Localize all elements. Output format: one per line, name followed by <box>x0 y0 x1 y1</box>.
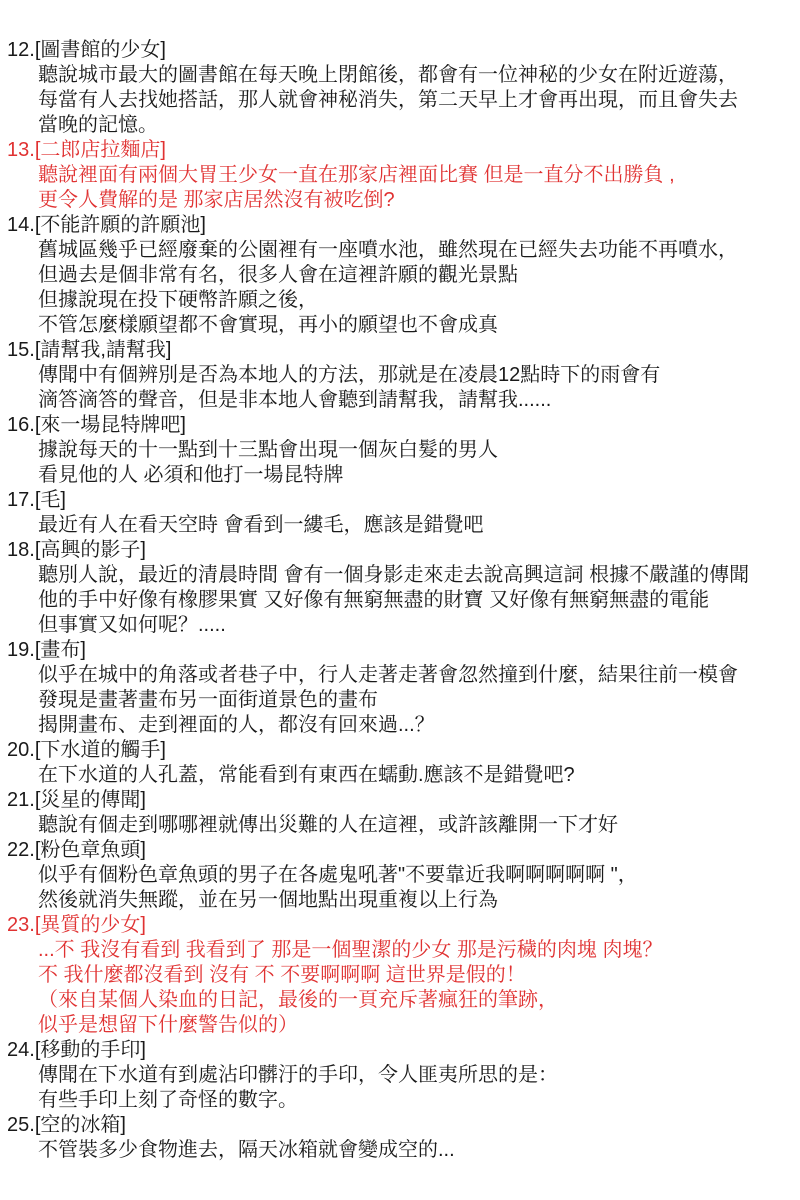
entry-line: 更令人費解的是 那家店居然沒有被吃倒? <box>38 188 792 213</box>
entry-line: 舊城區幾乎已經廢棄的公園裡有一座噴水池，雖然現在已經失去功能不再噴水， <box>38 238 792 263</box>
entry-heading: 19.[畫布] <box>7 638 792 663</box>
entry-line: 不管裝多少食物進去，隔天冰箱就會變成空的... <box>38 1138 792 1163</box>
rumor-entry: 16.[來一場昆特牌吧] 據說每天的十一點到十三點會出現一個灰白髮的男人 看見他… <box>7 413 792 488</box>
entry-number: 18. <box>7 539 35 561</box>
entry-line: 似乎有個粉色章魚頭的男子在各處鬼吼著"不要靠近我啊啊啊啊啊 "， <box>38 863 792 888</box>
entry-title: [不能許願的許願池] <box>35 214 206 236</box>
entry-title: [來一場昆特牌吧] <box>35 414 186 436</box>
entry-line: 看見他的人 必須和他打一場昆特牌 <box>38 463 792 488</box>
entry-line: 有些手印上刻了奇怪的數字。 <box>38 1088 792 1113</box>
entry-number: 13. <box>7 139 35 161</box>
entry-number: 17. <box>7 489 35 511</box>
entry-title: [移動的手印] <box>35 1039 146 1061</box>
entry-number: 22. <box>7 839 35 861</box>
rumor-entry: 20.[下水道的觸手] 在下水道的人孔蓋，常能看到有東西在蠕動.應該不是錯覺吧? <box>7 738 792 788</box>
entry-title: [空的冰箱] <box>35 1114 126 1136</box>
entry-title: [災星的傳聞] <box>35 789 146 811</box>
entry-line: 聽說裡面有兩個大胃王少女一直在那家店裡面比賽 但是一直分不出勝負 , <box>38 163 792 188</box>
entry-line: 不管怎麼樣願望都不會實現，再小的願望也不會成真 <box>38 313 792 338</box>
entry-title: [異質的少女] <box>35 914 146 936</box>
entry-number: 16. <box>7 414 35 436</box>
entry-title: [毛] <box>35 489 66 511</box>
rumor-entry: 14.[不能許願的許願池] 舊城區幾乎已經廢棄的公園裡有一座噴水池，雖然現在已經… <box>7 213 792 338</box>
entry-heading: 17.[毛] <box>7 488 792 513</box>
entry-line: 似乎在城中的角落或者巷子中，行人走著走著會忽然撞到什麼，結果往前一模會 <box>38 663 792 688</box>
entry-heading: 25.[空的冰箱] <box>7 1113 792 1138</box>
entry-line: 但據說現在投下硬幣許願之後， <box>38 288 792 313</box>
entry-line: 聽別人說，最近的清晨時間 會有一個身影走來走去說高興這詞 根據不嚴謹的傳聞 <box>38 563 792 588</box>
rumor-entry: 25.[空的冰箱] 不管裝多少食物進去，隔天冰箱就會變成空的... <box>7 1113 792 1163</box>
rumor-entry: 17.[毛] 最近有人在看天空時 會看到一縷毛，應該是錯覺吧 <box>7 488 792 538</box>
entry-number: 23. <box>7 914 35 936</box>
entry-heading: 15.[請幫我,請幫我] <box>7 338 792 363</box>
entry-title: [二郎店拉麵店] <box>35 139 166 161</box>
entry-line: 聽說城市最大的圖書館在每天晚上閉館後，都會有一位神秘的少女在附近遊蕩， <box>38 63 792 88</box>
entry-line: 但事實又如何呢？..... <box>38 613 792 638</box>
entry-heading: 16.[來一場昆特牌吧] <box>7 413 792 438</box>
rumor-list-document: 12.[圖書館的少女] 聽說城市最大的圖書館在每天晚上閉館後，都會有一位神秘的少… <box>0 0 800 1163</box>
entry-line: 然後就消失無蹤，並在另一個地點出現重複以上行為 <box>38 888 792 913</box>
entry-heading: 20.[下水道的觸手] <box>7 738 792 763</box>
entry-title: [粉色章魚頭] <box>35 839 146 861</box>
entry-line: ...不 我沒有看到 我看到了 那是一個聖潔的少女 那是污穢的肉塊 肉塊？ <box>38 938 792 963</box>
entry-line: 傳聞中有個辨別是否為本地人的方法，那就是在凌晨12點時下的雨會有 <box>38 363 792 388</box>
entry-heading: 12.[圖書館的少女] <box>7 38 792 63</box>
entry-line: （來自某個人染血的日記，最後的一頁充斥著瘋狂的筆跡， <box>38 988 792 1013</box>
entry-number: 25. <box>7 1114 35 1136</box>
entry-line: 聽說有個走到哪哪裡就傳出災難的人在這裡，或許該離開一下才好 <box>38 813 792 838</box>
entry-number: 12. <box>7 39 35 61</box>
entry-line: 似乎是想留下什麼警告似的） <box>38 1013 792 1038</box>
entry-title: [下水道的觸手] <box>35 739 166 761</box>
entry-heading: 14.[不能許願的許願池] <box>7 213 792 238</box>
entry-line: 據說每天的十一點到十三點會出現一個灰白髮的男人 <box>38 438 792 463</box>
entry-heading: 23.[異質的少女] <box>7 913 792 938</box>
entry-line: 發現是畫著畫布另一面街道景色的畫布 <box>38 688 792 713</box>
entry-number: 24. <box>7 1039 35 1061</box>
entry-line: 最近有人在看天空時 會看到一縷毛，應該是錯覺吧 <box>38 513 792 538</box>
entry-line: 揭開畫布、走到裡面的人，都沒有回來過...？ <box>38 713 792 738</box>
rumor-entry: 12.[圖書館的少女] 聽說城市最大的圖書館在每天晚上閉館後，都會有一位神秘的少… <box>7 38 792 138</box>
entry-heading: 21.[災星的傳聞] <box>7 788 792 813</box>
entry-heading: 24.[移動的手印] <box>7 1038 792 1063</box>
entry-line: 傳聞在下水道有到處沾印髒汙的手印，令人匪夷所思的是： <box>38 1063 792 1088</box>
rumor-entry: 19.[畫布] 似乎在城中的角落或者巷子中，行人走著走著會忽然撞到什麼，結果往前… <box>7 638 792 738</box>
entry-line: 他的手中好像有橡膠果實 又好像有無窮無盡的財寶 又好像有無窮無盡的電能 <box>38 588 792 613</box>
entry-line: 在下水道的人孔蓋，常能看到有東西在蠕動.應該不是錯覺吧? <box>38 763 792 788</box>
entry-line: 每當有人去找她搭話，那人就會神秘消失，第二天早上才會再出現，而且會失去 <box>38 88 792 113</box>
entry-number: 14. <box>7 214 35 236</box>
entry-title: [圖書館的少女] <box>35 39 166 61</box>
rumor-entry: 24.[移動的手印] 傳聞在下水道有到處沾印髒汙的手印，令人匪夷所思的是： 有些… <box>7 1038 792 1113</box>
entry-line: 不 我什麼都沒看到 沒有 不 不要啊啊啊 這世界是假的！ <box>38 963 792 988</box>
entry-heading: 13.[二郎店拉麵店] <box>7 138 792 163</box>
entry-line: 滴答滴答的聲音，但是非本地人會聽到請幫我，請幫我...... <box>38 388 792 413</box>
rumor-entry: 18.[高興的影子] 聽別人說，最近的清晨時間 會有一個身影走來走去說高興這詞 … <box>7 538 792 638</box>
entry-number: 19. <box>7 639 35 661</box>
entry-heading: 18.[高興的影子] <box>7 538 792 563</box>
entry-number: 21. <box>7 789 35 811</box>
entry-heading: 22.[粉色章魚頭] <box>7 838 792 863</box>
entry-number: 15. <box>7 339 35 361</box>
rumor-entry: 22.[粉色章魚頭] 似乎有個粉色章魚頭的男子在各處鬼吼著"不要靠近我啊啊啊啊啊… <box>7 838 792 913</box>
entry-line: 但過去是個非常有名，很多人會在這裡許願的觀光景點 <box>38 263 792 288</box>
entry-title: [請幫我,請幫我] <box>35 339 172 361</box>
rumor-entry: 15.[請幫我,請幫我] 傳聞中有個辨別是否為本地人的方法，那就是在凌晨12點時… <box>7 338 792 413</box>
rumor-entry: 21.[災星的傳聞] 聽說有個走到哪哪裡就傳出災難的人在這裡，或許該離開一下才好 <box>7 788 792 838</box>
entry-line: 當晚的記憶。 <box>38 113 792 138</box>
entry-title: [高興的影子] <box>35 539 146 561</box>
rumor-entry: 13.[二郎店拉麵店] 聽說裡面有兩個大胃王少女一直在那家店裡面比賽 但是一直分… <box>7 138 792 213</box>
rumor-entry: 23.[異質的少女] ...不 我沒有看到 我看到了 那是一個聖潔的少女 那是污… <box>7 913 792 1038</box>
entry-number: 20. <box>7 739 35 761</box>
entry-title: [畫布] <box>35 639 86 661</box>
